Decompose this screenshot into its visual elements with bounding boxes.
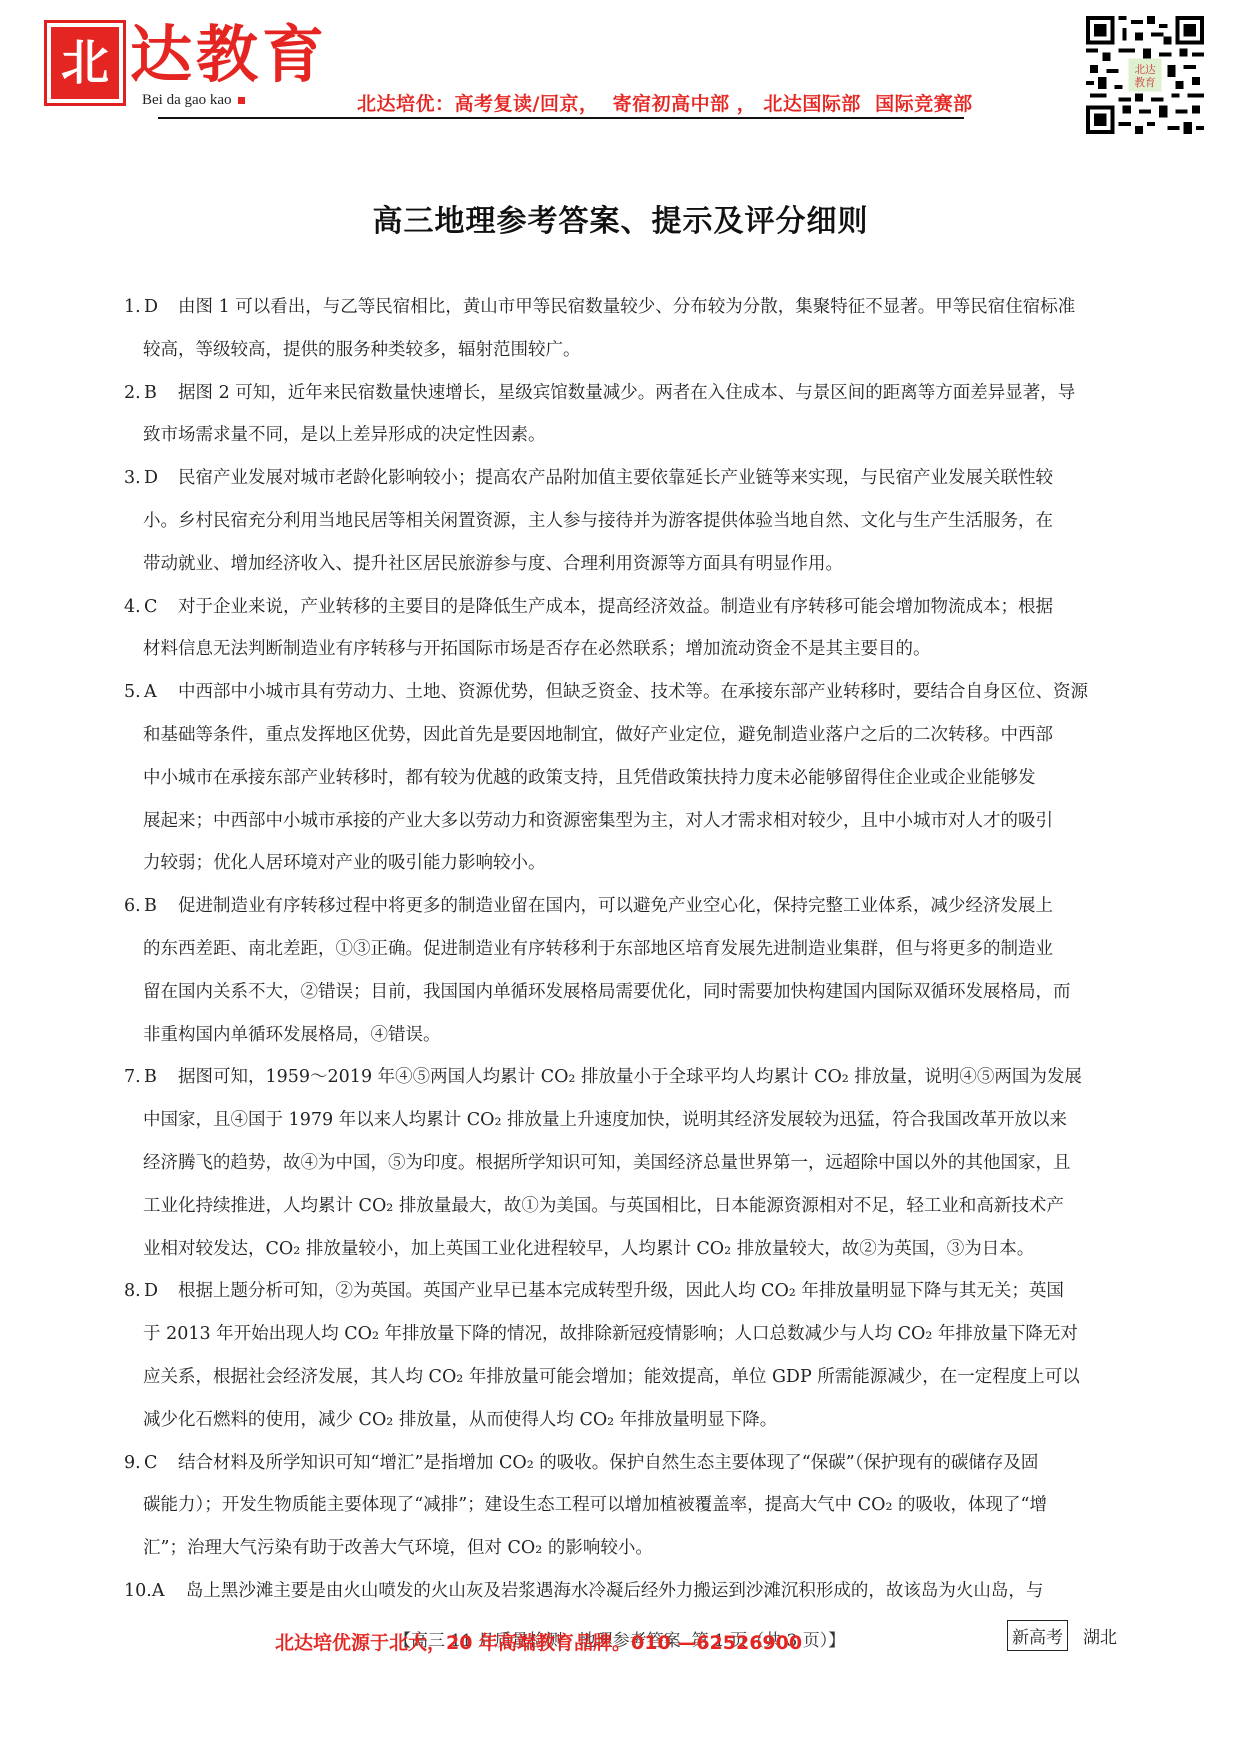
explanation-text: 促进制造业有序转移过程中将更多的制造业留在国内，可以避免产业空心化，保持完整工业… [178, 896, 1053, 916]
answer-first-line: 10.A岛上黑沙滩主要是由火山喷发的火山灰及岩浆遇海水冷凝后经外力搬运到沙滩沉积… [124, 1570, 1127, 1613]
question-number: 5. [124, 671, 144, 714]
answer-key: A [144, 671, 174, 714]
question-number: 7. [124, 1056, 144, 1099]
svg-text:教育: 教育 [1134, 76, 1155, 89]
answer-key: C [144, 586, 174, 629]
explanation-line: 和基础等条件，重点发挥地区优势，因此首先是要因地制宜，做好产业定位，避免制造业落… [126, 714, 1127, 757]
answer-key: D [144, 1270, 174, 1313]
footer-ad-overlay: 北达培优源于北大，20 年高端教育品牌。010 —62526900 [275, 1628, 802, 1655]
answer-item: 6.B促进制造业有序转移过程中将更多的制造业留在国内，可以避免产业空心化，保持完… [126, 885, 1127, 1056]
answer-key: B [144, 885, 174, 928]
explanation-line: 的东西差距、南北差距，①③正确。促进制造业有序转移利于东部地区培育发展先进制造业… [126, 928, 1127, 971]
explanation-line: 材料信息无法判断制造业有序转移与开拓国际市场是否存在必然联系；增加流动资金不是其… [126, 628, 1127, 671]
red-square-icon [238, 97, 245, 104]
answer-key: D [144, 457, 174, 500]
explanation-text: 结合材料及所学知识可知“增汇”是指增加 CO₂ 的吸收。保护自然生态主要体现了“… [178, 1453, 1038, 1473]
answer-first-line: 7.B据图可知，1959～2019 年④⑤两国人均累计 CO₂ 排放量小于全球平… [124, 1056, 1127, 1099]
answer-first-line: 3.D民宿产业发展对城市老龄化影响较小；提高农产品附加值主要依靠延长产业链等来实… [124, 457, 1127, 500]
answer-item: 1.D由图 1 可以看出，与乙等民宿相比，黄山市甲等民宿数量较少、分布较为分散，… [126, 286, 1127, 372]
explanation-line: 中小城市在承接东部产业转移时，都有较为优越的政策支持，且凭借政策扶持力度未必能够… [126, 757, 1127, 800]
qr-code-icon: 北达 教育 [1086, 16, 1204, 134]
svg-text:北达: 北达 [1134, 63, 1156, 76]
answer-key: D [144, 286, 174, 329]
logo-subtitle: Bei da gao kao [142, 92, 245, 109]
answer-item: 4.C对于企业来说，产业转移的主要目的是降低生产成本，提高经济效益。制造业有序转… [126, 586, 1127, 672]
question-number: 2. [124, 372, 144, 415]
answer-key: C [144, 1442, 174, 1485]
explanation-text: 对于企业来说，产业转移的主要目的是降低生产成本，提高经济效益。制造业有序转移可能… [178, 597, 1053, 617]
question-number: 10. [124, 1570, 152, 1613]
answer-item: 7.B据图可知，1959～2019 年④⑤两国人均累计 CO₂ 排放量小于全球平… [126, 1056, 1127, 1270]
explanation-line: 碳能力）；开发生物质能主要体现了“减排”；建设生态工程可以增加植被覆盖率，提高大… [126, 1484, 1127, 1527]
header-slogan: 北达培优：高考复读/回京， 寄宿初高中部 ， 北达国际部 国际竞赛部 [357, 89, 973, 116]
answer-first-line: 4.C对于企业来说，产业转移的主要目的是降低生产成本，提高经济效益。制造业有序转… [124, 586, 1127, 629]
answer-first-line: 1.D由图 1 可以看出，与乙等民宿相比，黄山市甲等民宿数量较少、分布较为分散，… [124, 286, 1127, 329]
exam-type-badge: 新高考 [1007, 1620, 1068, 1651]
explanation-text: 民宿产业发展对城市老龄化影响较小；提高农产品附加值主要依靠延长产业链等来实现，与… [178, 468, 1053, 488]
answer-item: 8.D根据上题分析可知，②为英国。英国产业早已基本完成转型升级，因此人均 CO₂… [126, 1270, 1127, 1441]
explanation-line: 小。乡村民宿充分利用当地民居等相关闲置资源，主人参与接待并为游客提供体验当地自然… [126, 500, 1127, 543]
explanation-text: 中西部中小城市具有劳动力、土地、资源优势，但缺乏资金、技术等。在承接东部产业转移… [178, 682, 1088, 702]
explanation-line: 应关系，根据社会经济发展，其人均 CO₂ 年排放量可能会增加；能效提高，单位 G… [126, 1356, 1127, 1399]
explanation-text: 由图 1 可以看出，与乙等民宿相比，黄山市甲等民宿数量较少、分布较为分散，集聚特… [178, 297, 1075, 317]
answer-first-line: 8.D根据上题分析可知，②为英国。英国产业早已基本完成转型升级，因此人均 CO₂… [124, 1270, 1127, 1313]
explanation-line: 汇”；治理大气污染有助于改善大气环境，但对 CO₂ 的影响较小。 [126, 1527, 1127, 1570]
logo-mark: 北 [44, 20, 126, 106]
explanation-line: 较高，等级较高，提供的服务种类较多，辐射范围较广。 [126, 329, 1127, 372]
answer-first-line: 6.B促进制造业有序转移过程中将更多的制造业留在国内，可以避免产业空心化，保持完… [124, 885, 1127, 928]
logo-subtitle-text: Bei da gao kao [142, 92, 232, 108]
explanation-line: 致市场需求量不同，是以上差异形成的决定性因素。 [126, 414, 1127, 457]
question-number: 6. [124, 885, 144, 928]
explanation-text: 岛上黑沙滩主要是由火山喷发的火山灰及岩浆遇海水冷凝后经外力搬运到沙滩沉积形成的，… [186, 1581, 1044, 1601]
answer-key: A [152, 1570, 182, 1613]
explanation-line: 经济腾飞的趋势，故④为中国，⑤为印度。根据所学知识可知，美国经济总量世界第一，远… [126, 1142, 1127, 1185]
answer-item: 2.B据图 2 可知，近年来民宿数量快速增长，星级宾馆数量减少。两者在入住成本、… [126, 372, 1127, 458]
explanation-line: 中国家，且④国于 1979 年以来人均累计 CO₂ 排放量上升速度加快，说明其经… [126, 1099, 1127, 1142]
explanation-line: 留在国内关系不大，②错误；目前，我国国内单循环发展格局需要优化，同时需要加快构建… [126, 971, 1127, 1014]
explanation-line: 于 2013 年开始出现人均 CO₂ 年排放量下降的情况，故排除新冠疫情影响；人… [126, 1313, 1127, 1356]
answer-item: 10.A岛上黑沙滩主要是由火山喷发的火山灰及岩浆遇海水冷凝后经外力搬运到沙滩沉积… [126, 1570, 1127, 1613]
explanation-line: 带动就业、增加经济收入、提升社区居民旅游参与度、合理利用资源等方面具有明显作用。 [126, 543, 1127, 586]
explanation-line: 工业化持续推进，人均累计 CO₂ 排放量最大，故①为美国。与英国相比，日本能源资… [126, 1185, 1127, 1228]
answer-item: 5.A中西部中小城市具有劳动力、土地、资源优势，但缺乏资金、技术等。在承接东部产… [126, 671, 1127, 885]
answer-first-line: 2.B据图 2 可知，近年来民宿数量快速增长，星级宾馆数量减少。两者在入住成本、… [124, 372, 1127, 415]
explanation-line: 业相对较发达，CO₂ 排放量较小，加上英国工业化进程较早，人均累计 CO₂ 排放… [126, 1228, 1127, 1271]
explanation-text: 据图 2 可知，近年来民宿数量快速增长，星级宾馆数量减少。两者在入住成本、与景区… [178, 383, 1075, 403]
region-label: 湖北 [1083, 1623, 1117, 1648]
explanation-text: 据图可知，1959～2019 年④⑤两国人均累计 CO₂ 排放量小于全球平均人均… [178, 1067, 1082, 1087]
logo-mark-glyph: 北 [51, 27, 119, 99]
page-title: 高三地理参考答案、提示及评分细则 [0, 196, 1241, 240]
explanation-text: 根据上题分析可知，②为英国。英国产业早已基本完成转型升级，因此人均 CO₂ 年排… [178, 1281, 1064, 1301]
explanation-line: 力较弱；优化人居环境对产业的吸引能力影响较小。 [126, 842, 1127, 885]
question-number: 1. [124, 286, 144, 329]
answer-first-line: 9.C结合材料及所学知识可知“增汇”是指增加 CO₂ 的吸收。保护自然生态主要体… [124, 1442, 1127, 1485]
header-divider [158, 117, 964, 119]
answer-item: 9.C结合材料及所学知识可知“增汇”是指增加 CO₂ 的吸收。保护自然生态主要体… [126, 1442, 1127, 1570]
answer-key: B [144, 372, 174, 415]
question-number: 3. [124, 457, 144, 500]
explanation-line: 非重构国内单循环发展格局，④错误。 [126, 1014, 1127, 1057]
question-number: 9. [124, 1442, 144, 1485]
answer-item: 3.D民宿产业发展对城市老龄化影响较小；提高农产品附加值主要依靠延长产业链等来实… [126, 457, 1127, 585]
logo-text: 达教育 [130, 20, 328, 90]
answer-first-line: 5.A中西部中小城市具有劳动力、土地、资源优势，但缺乏资金、技术等。在承接东部产… [124, 671, 1127, 714]
question-number: 4. [124, 586, 144, 629]
answer-list: 1.D由图 1 可以看出，与乙等民宿相比，黄山市甲等民宿数量较少、分布较为分散，… [126, 286, 1127, 1613]
question-number: 8. [124, 1270, 144, 1313]
explanation-line: 减少化石燃料的使用，减少 CO₂ 排放量，从而使得人均 CO₂ 年排放量明显下降… [126, 1399, 1127, 1442]
explanation-line: 展起来；中西部中小城市承接的产业大多以劳动力和资源密集型为主，对人才需求相对较少… [126, 800, 1127, 843]
answer-key: B [144, 1056, 174, 1099]
